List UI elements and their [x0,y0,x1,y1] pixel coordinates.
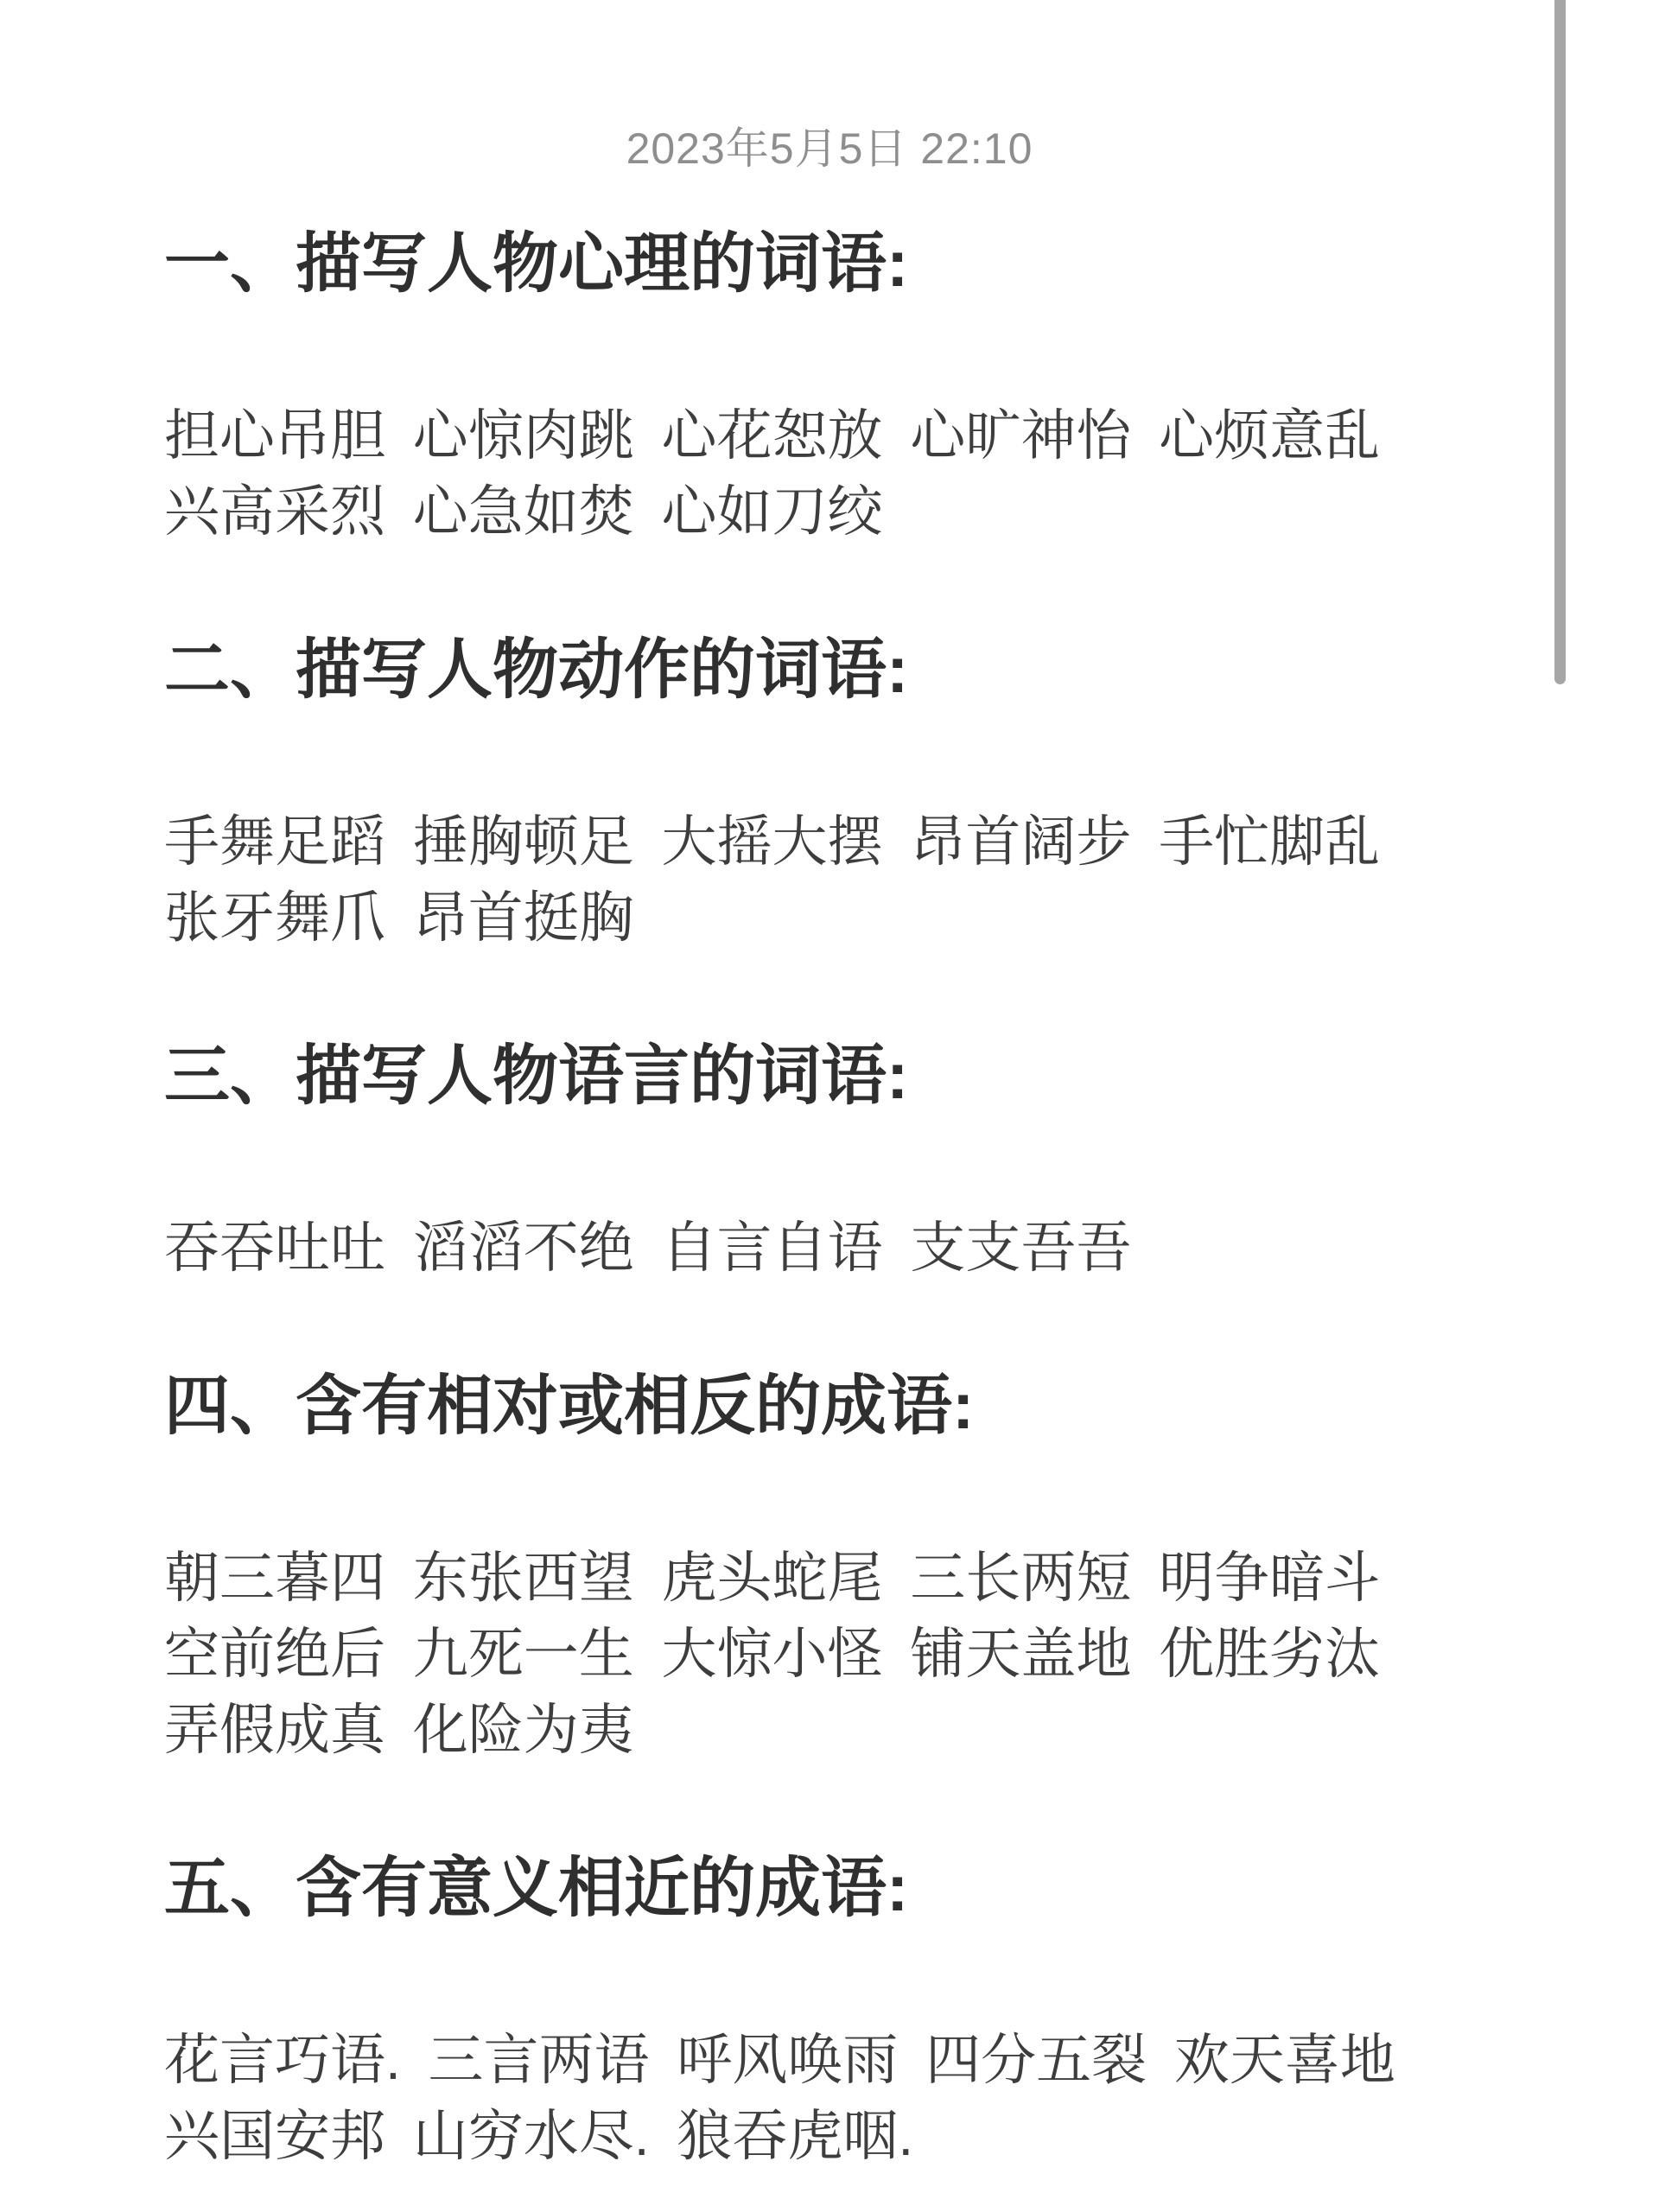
section-heading: 一、描写人物心理的词语: [164,223,1521,306]
section-heading: 三、描写人物语言的词语: [164,1035,1521,1118]
idiom-paragraph: 吞吞吐吐 滔滔不绝 自言自语 支支吾吾 [164,1210,1521,1286]
idiom-line: 兴高采烈 心急如焚 心如刀绞 [164,474,1521,550]
section-similar-idioms: 五、含有意义相近的成语: 花言巧语. 三言两语 呼风唤雨 四分五裂 欢天喜地 兴… [164,1847,1521,2174]
idiom-paragraph: 朝三暮四 东张西望 虎头蛇尾 三长两短 明争暗斗 空前绝后 九死一生 大惊小怪 … [164,1540,1521,1768]
idiom-line: 朝三暮四 东张西望 虎头蛇尾 三长两短 明争暗斗 [164,1540,1521,1616]
note-content: 一、描写人物心理的词语: 担心吊胆 心惊肉跳 心花恕放 心旷神怡 心烦意乱 兴高… [0,175,1659,2174]
idiom-line: 吞吞吐吐 滔滔不绝 自言自语 支支吾吾 [164,1210,1521,1286]
note-timestamp: 2023年5月5日 22:10 [626,124,1033,173]
section-action-words: 二、描写人物动作的词语: 手舞足蹈 捶胸顿足 大摇大摆 昂首阔步 手忙脚乱 张牙… [164,629,1521,956]
idiom-line: 手舞足蹈 捶胸顿足 大摇大摆 昂首阔步 手忙脚乱 [164,804,1521,880]
section-psychology-words: 一、描写人物心理的词语: 担心吊胆 心惊肉跳 心花恕放 心旷神怡 心烦意乱 兴高… [164,223,1521,550]
idiom-line: 空前绝后 九死一生 大惊小怪 铺天盖地 优胜劣汰 [164,1616,1521,1692]
section-heading: 二、描写人物动作的词语: [164,629,1521,712]
idiom-line: 弄假成真 化险为夷 [164,1692,1521,1768]
section-heading: 四、含有相对或相反的成语: [164,1365,1521,1448]
section-opposite-idioms: 四、含有相对或相反的成语: 朝三暮四 东张西望 虎头蛇尾 三长两短 明争暗斗 空… [164,1365,1521,1768]
section-heading: 五、含有意义相近的成语: [164,1847,1521,1930]
scrollbar-thumb[interactable] [1554,0,1566,684]
idiom-line: 兴国安邦 山穷水尽. 狼吞虎咽. [164,2098,1521,2174]
idiom-paragraph: 手舞足蹈 捶胸顿足 大摇大摆 昂首阔步 手忙脚乱 张牙舞爪 昂首挺胸 [164,804,1521,956]
timestamp-row: 2023年5月5日 22:10 [0,0,1659,175]
idiom-paragraph: 花言巧语. 三言两语 呼风唤雨 四分五裂 欢天喜地 兴国安邦 山穷水尽. 狼吞虎… [164,2022,1521,2174]
section-speech-words: 三、描写人物语言的词语: 吞吞吐吐 滔滔不绝 自言自语 支支吾吾 [164,1035,1521,1286]
idiom-line: 张牙舞爪 昂首挺胸 [164,880,1521,956]
idiom-line: 花言巧语. 三言两语 呼风唤雨 四分五裂 欢天喜地 [164,2022,1521,2098]
idiom-paragraph: 担心吊胆 心惊肉跳 心花恕放 心旷神怡 心烦意乱 兴高采烈 心急如焚 心如刀绞 [164,397,1521,550]
idiom-line: 担心吊胆 心惊肉跳 心花恕放 心旷神怡 心烦意乱 [164,397,1521,474]
note-page: 2023年5月5日 22:10 一、描写人物心理的词语: 担心吊胆 心惊肉跳 心… [0,0,1659,2212]
